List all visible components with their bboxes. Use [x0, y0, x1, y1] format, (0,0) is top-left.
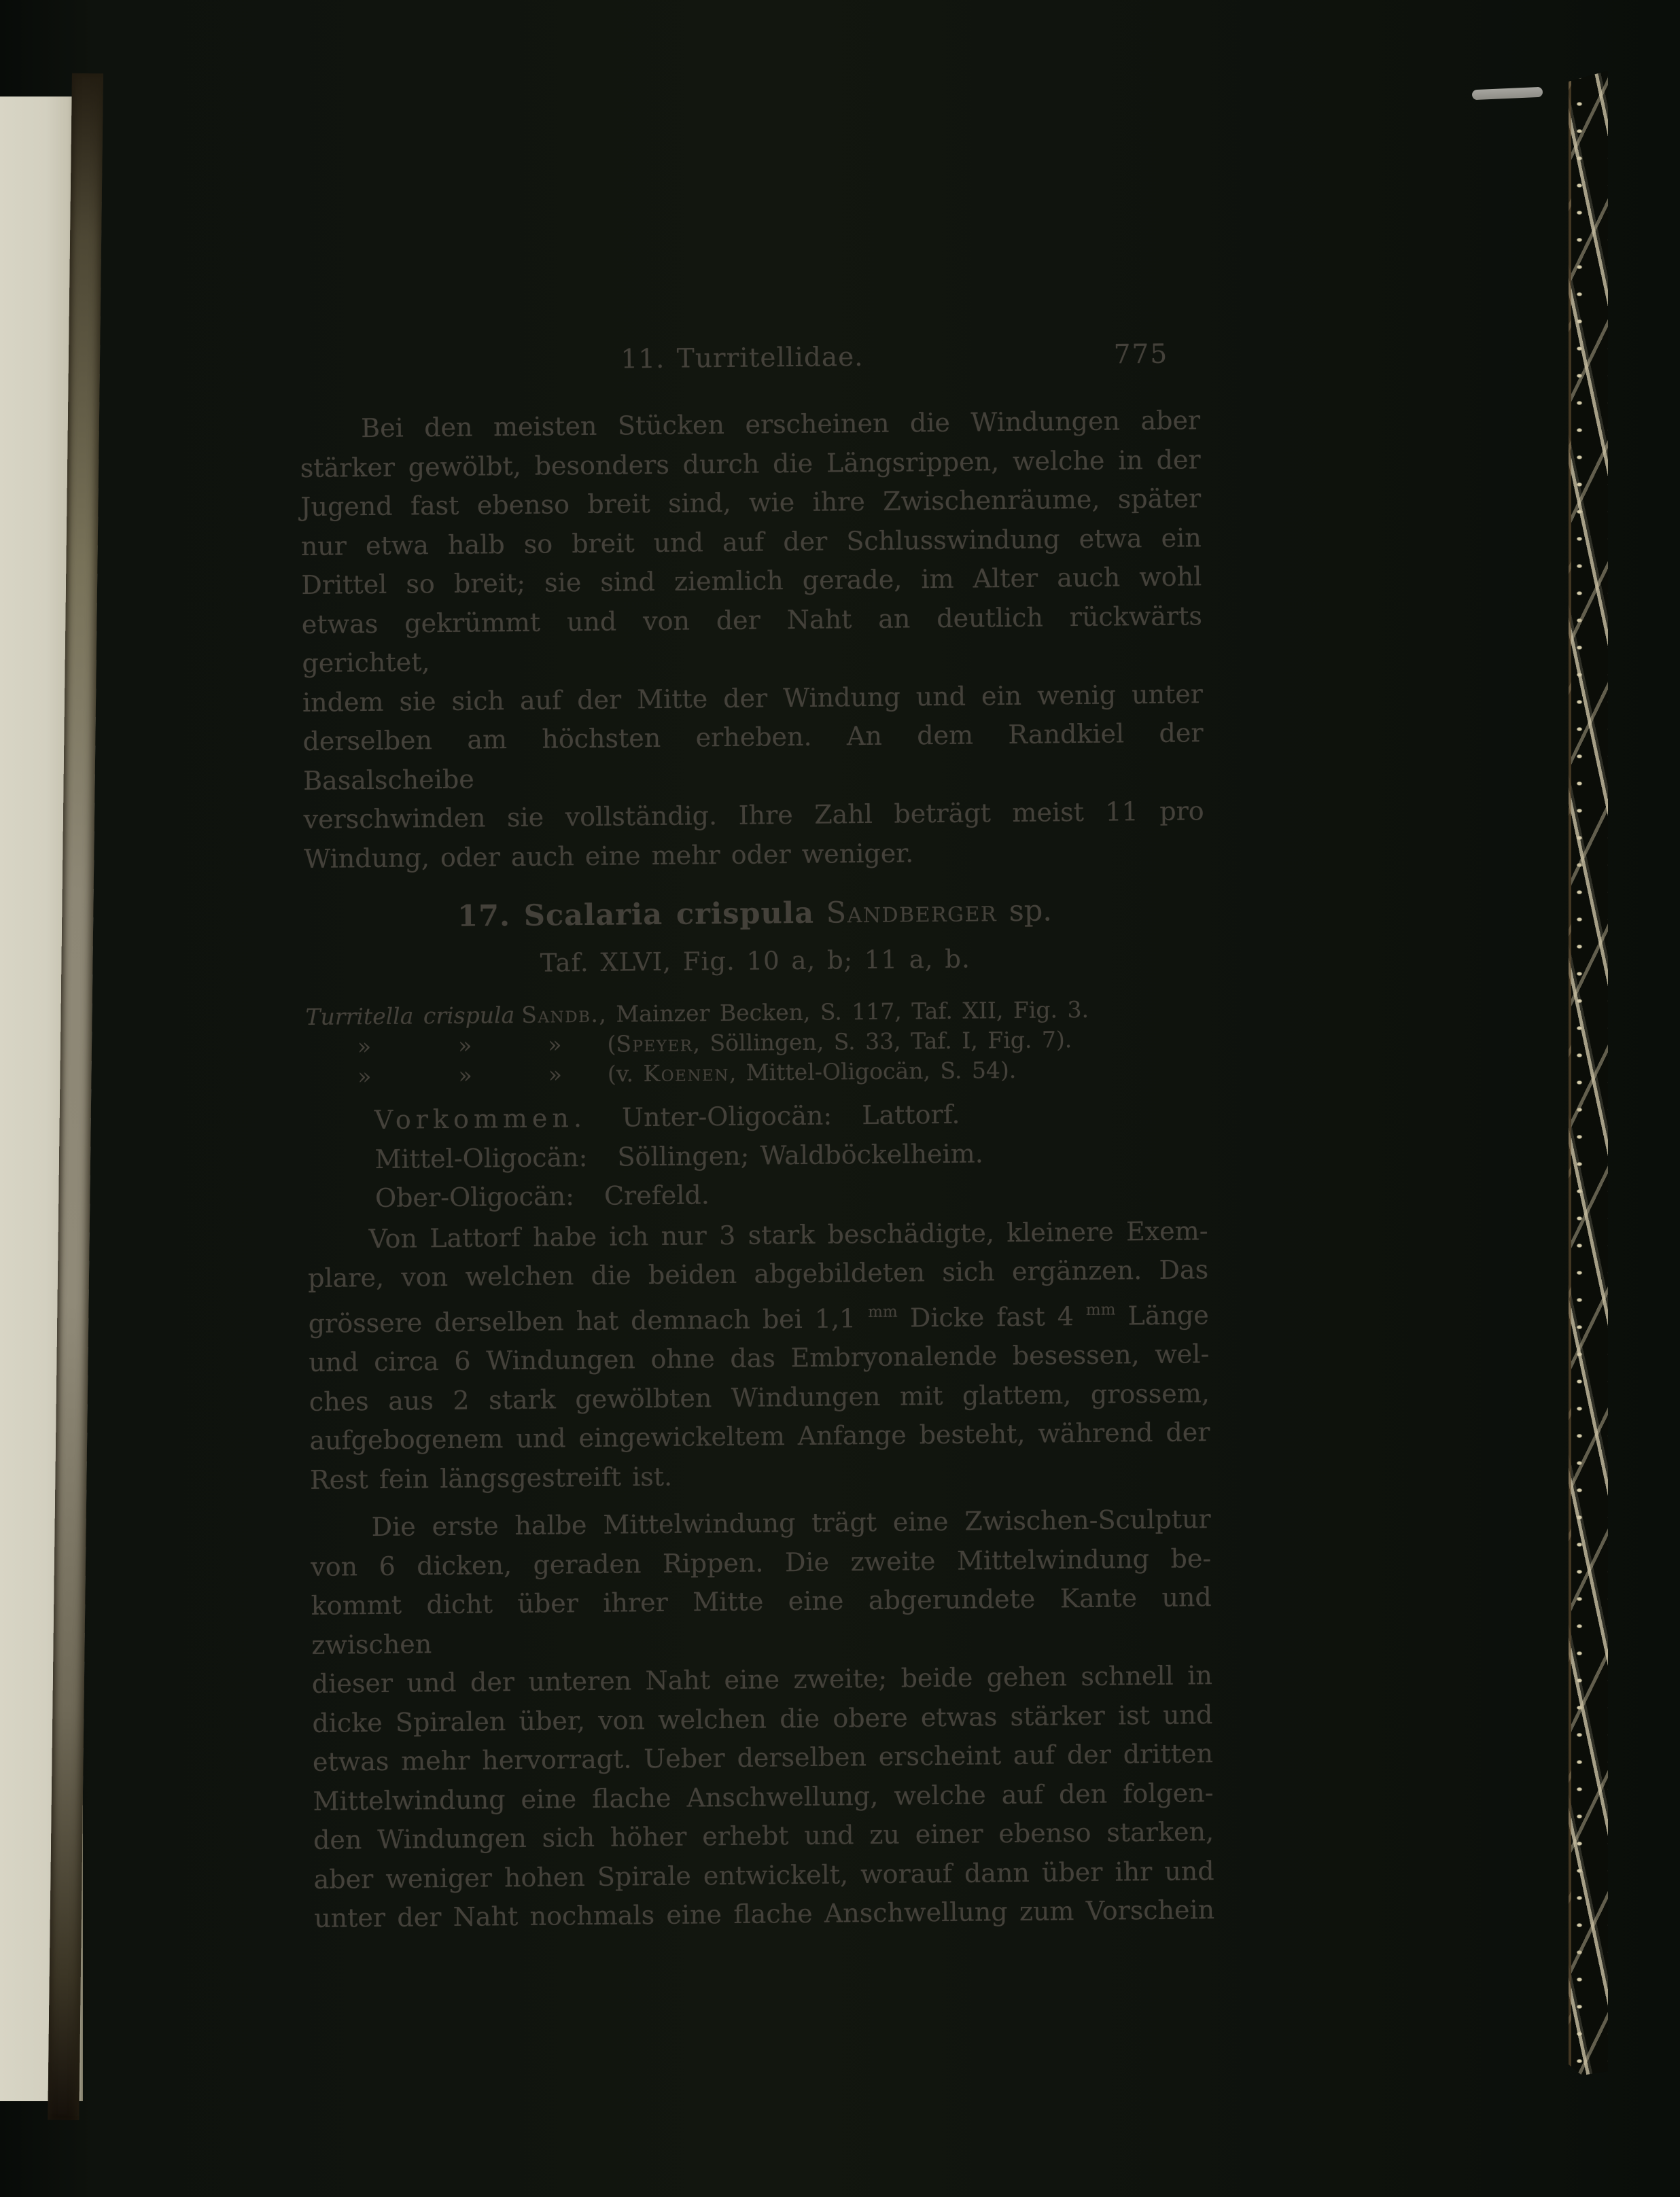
text-segment: mm	[1086, 1301, 1116, 1318]
fore-edge-page-stack	[1460, 76, 1570, 2092]
book-page: 11. Turritellidae. 775 Bei den meisten S…	[76, 77, 1460, 2115]
occurrence-stage: Ober-Oligocän:	[375, 1181, 574, 1213]
text-segment: Dicke fast 4	[898, 1301, 1087, 1333]
species-heading-name: 17. Scalaria crispula	[457, 896, 814, 934]
text-segment: mm	[868, 1303, 898, 1320]
text-segment: (v.	[608, 1060, 644, 1087]
occurrence-locality: Crefeld.	[604, 1180, 710, 1210]
species-heading-suffix: sp.	[1009, 894, 1052, 928]
occurrence-label: Vorkommen.	[374, 1103, 587, 1135]
text-column: 11. Turritellidae. 775 Bei den meisten S…	[299, 338, 1214, 1938]
text-segment: grössere derselben hat demnach bei 1,1	[309, 1303, 869, 1339]
small-caps-text: Sandb.	[521, 1001, 599, 1028]
occurrence-stage: Unter-Oligocän:	[622, 1101, 833, 1133]
occurrence-locality: Söllingen; Waldböckelheim.	[617, 1138, 983, 1172]
occurrence-locality: Lattorf.	[862, 1100, 960, 1130]
text-segment: »	[357, 1063, 372, 1089]
text-line: kommt dicht über ihrer Mitte eine abgeru…	[311, 1578, 1212, 1665]
occurrence-block: Vorkommen. Unter-Oligocän: Lattorf. Mitt…	[307, 1093, 1208, 1218]
paragraph-2: Von Lattorf habe ich nur 3 stark beschäd…	[307, 1212, 1210, 1500]
text-segment: »	[458, 1062, 472, 1089]
figure-reference: Taf. XLVI, Fig. 10 a, b; 11 a, b.	[305, 941, 1206, 982]
synonymy-list: Turritella crispulaSandb., Mainzer Becke…	[305, 994, 1206, 1092]
text-segment: »	[357, 1033, 372, 1059]
paragraph-3: Die erste halbe Mittelwindung trägt eine…	[310, 1500, 1214, 1938]
book-scan: { "book": { "running_header": { "title":…	[0, 0, 1680, 2197]
text-line: etwas gekrümmt und von der Naht an deutl…	[302, 597, 1203, 684]
running-header: 11. Turritellidae. 775	[299, 338, 1200, 379]
text-line: grössere derselben hat demnach bei 1,1 m…	[308, 1290, 1209, 1343]
text-segment: Länge	[1115, 1300, 1209, 1331]
small-caps-text: Koenen	[643, 1059, 729, 1087]
text-segment: , Mainzer Becken, S. 117, Taf. XII, Fig.…	[599, 996, 1089, 1027]
species-heading-author: Sandberger	[826, 894, 997, 930]
text-line: Rest fein längsgestreift ist.	[310, 1452, 1210, 1500]
text-segment: »	[458, 1032, 472, 1059]
running-header-title: 11. Turritellidae.	[620, 341, 864, 376]
small-caps-text: Speyer	[616, 1030, 693, 1057]
cover-marble-band	[1569, 71, 1608, 2075]
occurrence-stage: Mittel-Oligocän:	[374, 1142, 587, 1174]
text-segment: (	[607, 1031, 616, 1057]
species-heading: 17. Scalaria crispula Sandberger sp.	[304, 890, 1205, 937]
text-segment: , Söllingen, S. 33, Taf. I, Fig. 7).	[693, 1026, 1072, 1056]
text-line: unter der Naht nochmals eine flache Ansc…	[314, 1891, 1214, 1938]
text-segment: »	[548, 1061, 563, 1087]
paragraph-1: Bei den meisten Stücken erscheinen die W…	[300, 401, 1205, 879]
text-line: derselben am höchsten erheben. An dem Ra…	[302, 714, 1204, 801]
text-segment: »	[548, 1031, 562, 1057]
text-line: Windung, oder auch eine mehr oder wenige…	[304, 831, 1204, 879]
text-segment: Turritella crispula	[305, 1002, 514, 1030]
page-number: 775	[1113, 338, 1168, 372]
occurrence-line-3: Ober-Oligocän: Crefeld.	[307, 1171, 1208, 1218]
text-segment: , Mittel-Oligocän, S. 54).	[729, 1057, 1017, 1086]
